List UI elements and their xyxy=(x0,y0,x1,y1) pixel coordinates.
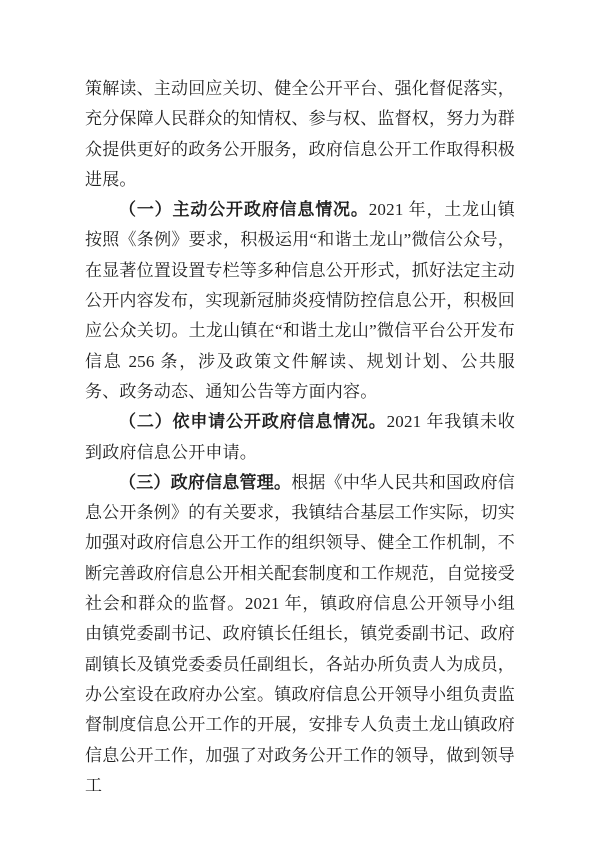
document-body: 策解读、主动回应关切、健全公开平台、强化督促落实，充分保障人民群众的知情权、参与… xyxy=(85,74,515,801)
section-heading-1: （一）主动公开政府信息情况。 xyxy=(119,200,369,219)
paragraph-section-2: （二）依申请公开政府信息情况。2021 年我镇未收到政府信息公开申请。 xyxy=(85,407,515,468)
section-heading-3: （三）政府信息管理。 xyxy=(119,473,291,492)
section-heading-2: （二）依申请公开政府信息情况。 xyxy=(119,412,387,431)
paragraph-section-3: （三）政府信息管理。根据《中华人民共和国政府信息公开条例》的有关要求，我镇结合基… xyxy=(85,468,515,801)
paragraph-continuation: 策解读、主动回应关切、健全公开平台、强化督促落实，充分保障人民群众的知情权、参与… xyxy=(85,74,515,195)
paragraph-section-1: （一）主动公开政府信息情况。2021 年，土龙山镇按照《条例》要求，积极运用“和… xyxy=(85,195,515,407)
paragraph-text: 根据《中华人民共和国政府信息公开条例》的有关要求，我镇结合基层工作实际，切实加强… xyxy=(85,473,515,795)
document-page: 策解读、主动回应关切、健全公开平台、强化督促落实，充分保障人民群众的知情权、参与… xyxy=(0,0,600,848)
paragraph-text: 策解读、主动回应关切、健全公开平台、强化督促落实，充分保障人民群众的知情权、参与… xyxy=(85,79,515,189)
paragraph-text: 2021 年，土龙山镇按照《条例》要求，积极运用“和谐土龙山”微信公众号，在显著… xyxy=(85,200,515,401)
